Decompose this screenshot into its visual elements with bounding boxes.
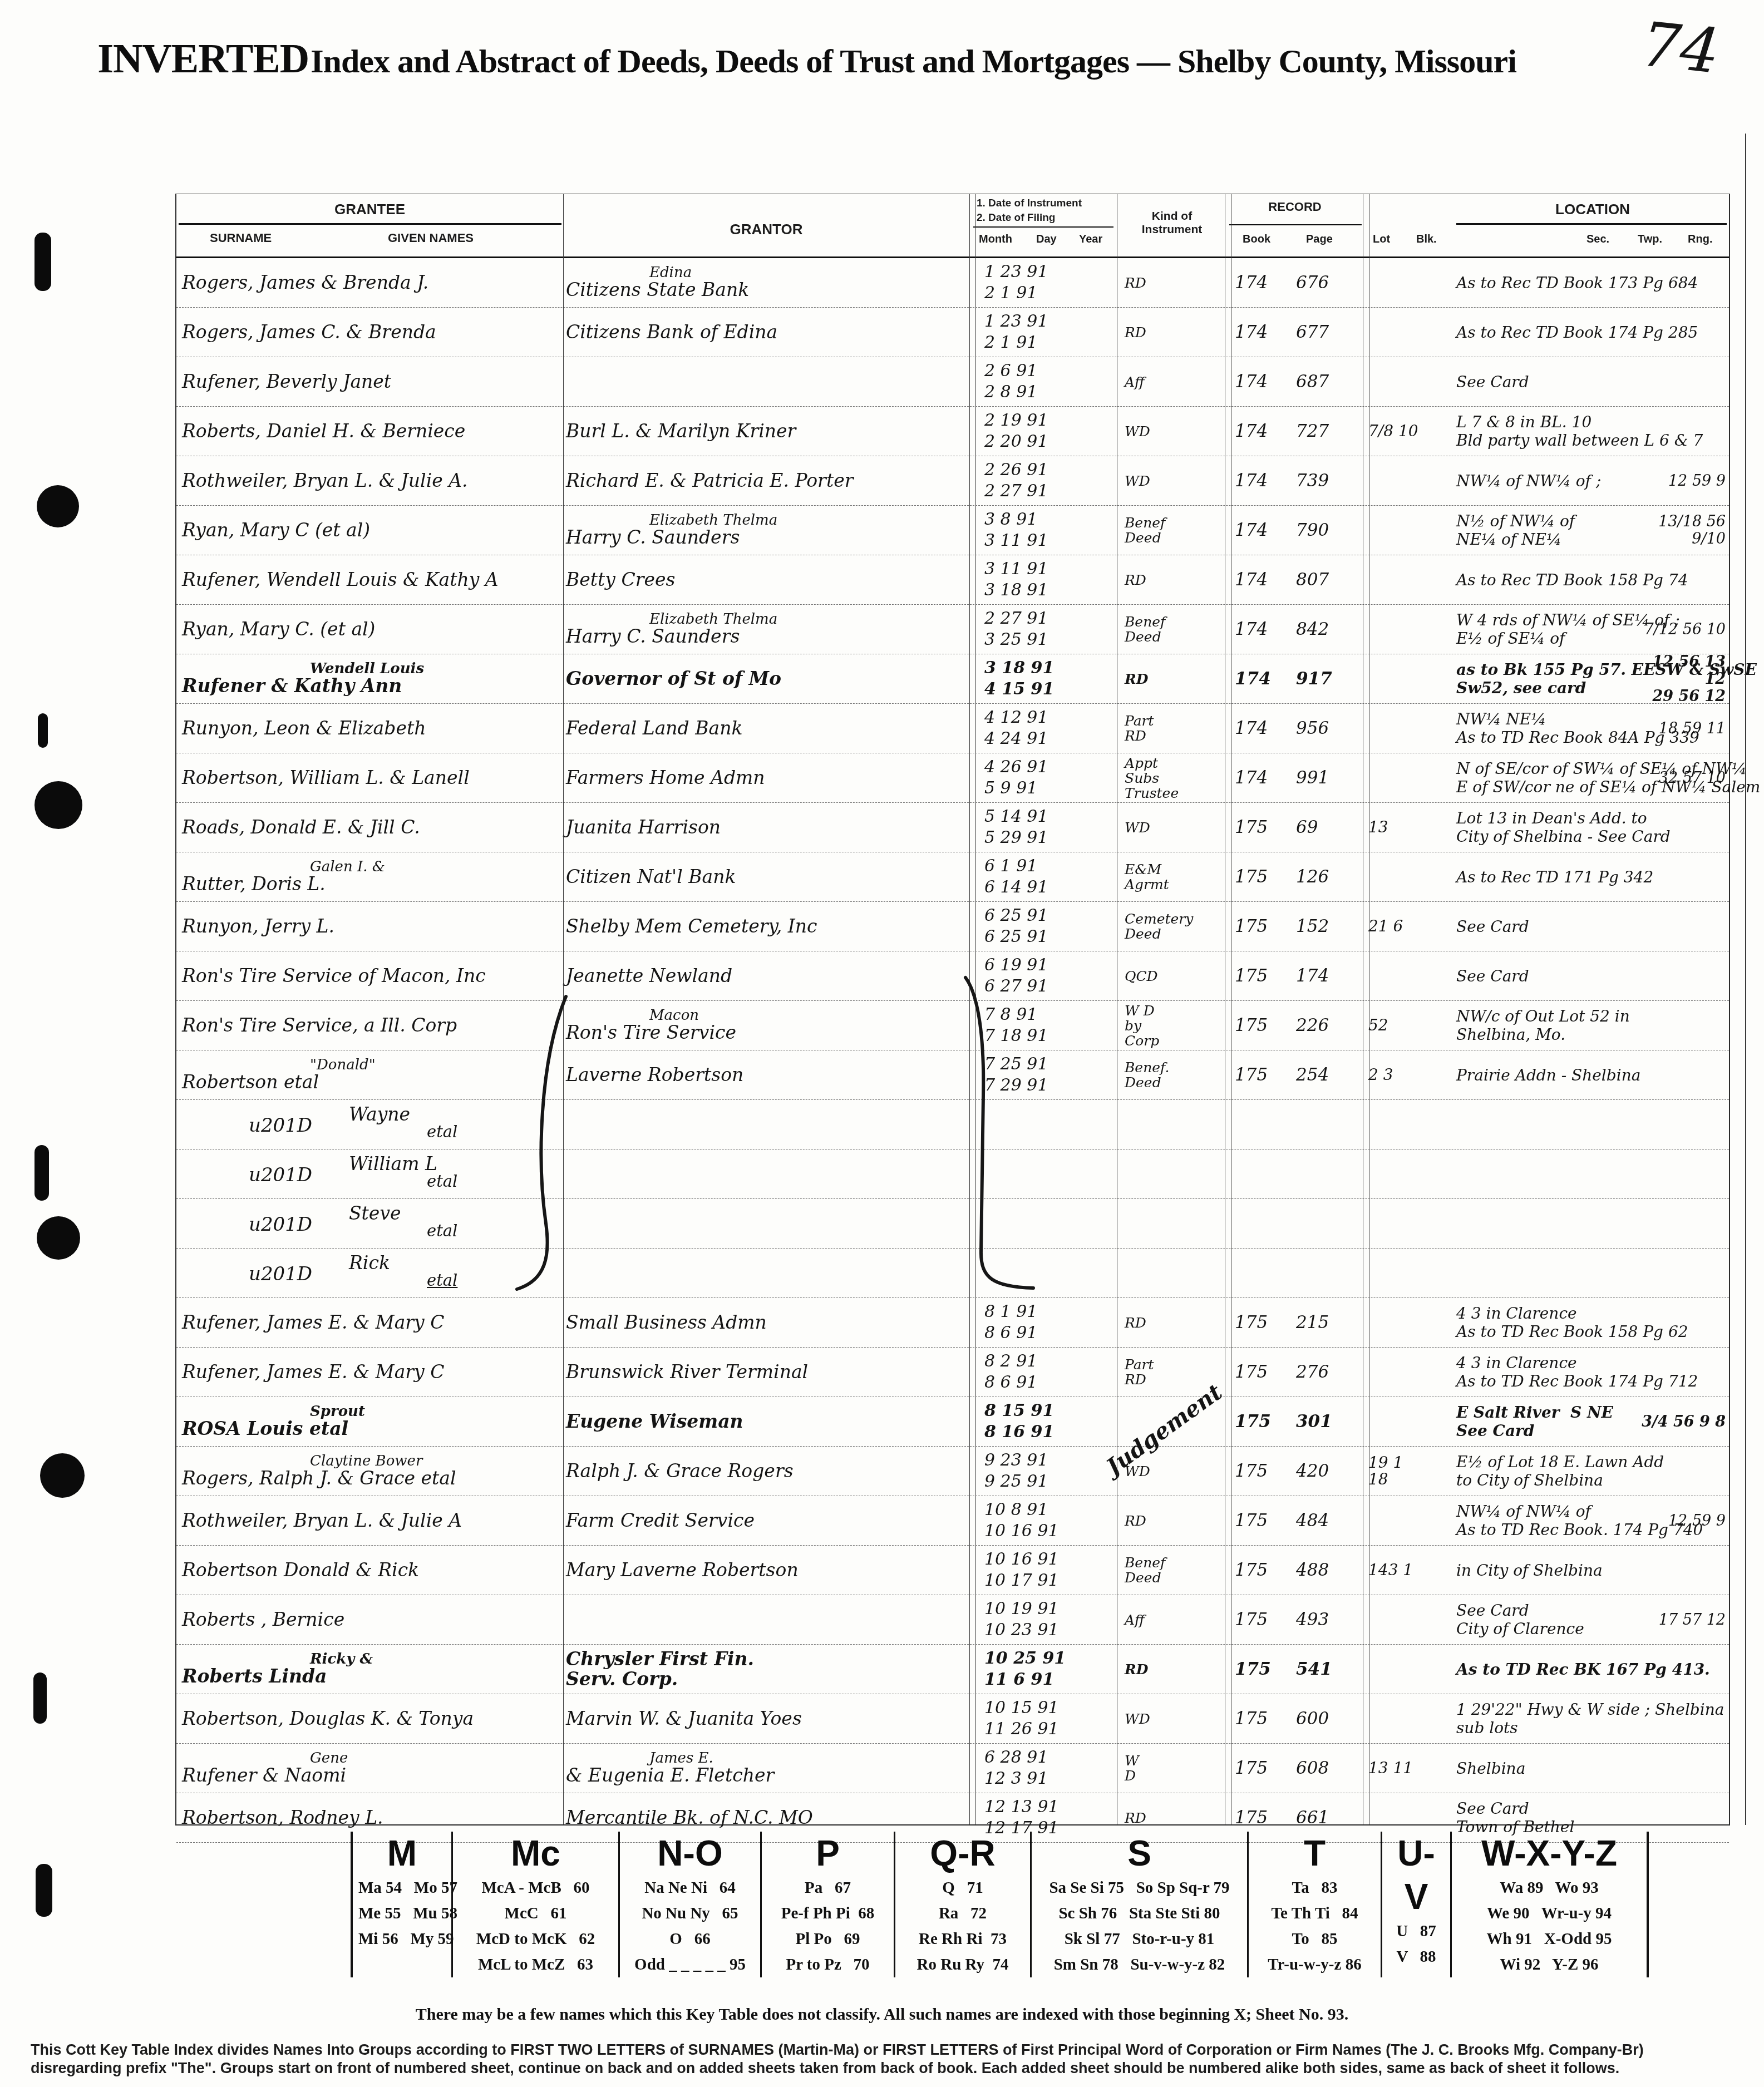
column-rule xyxy=(975,194,976,1824)
key-table-column-header: S xyxy=(1037,1832,1241,1875)
record-page: 727 xyxy=(1296,407,1363,456)
grantee-name: Robertson, Douglas K. & Tonya xyxy=(182,1709,563,1729)
lot-blk xyxy=(1368,1100,1460,1149)
dates-cell: 1 23 91 2 1 91 xyxy=(977,308,1121,357)
grantee-name: Rogers, James C. & Brenda xyxy=(182,322,563,342)
sec-twp-rng xyxy=(1630,852,1726,901)
key-table-entry: Wa 89 Wo 93 xyxy=(1457,1875,1641,1901)
sec-twp-rng xyxy=(1630,1348,1726,1397)
grantee-name: Rufener, James E. & Mary C xyxy=(182,1362,563,1382)
key-table-entry: U 87 xyxy=(1388,1918,1445,1944)
dates-cell: 6 28 91 12 3 91 xyxy=(977,1744,1121,1793)
grantee-name: Ryan, Mary C (et al) xyxy=(182,520,563,540)
sec-twp-rng: 12 59 9 xyxy=(1630,456,1726,505)
header-book: Book xyxy=(1243,233,1270,246)
record-page: 807 xyxy=(1296,555,1363,604)
sec-twp-rng xyxy=(1630,1149,1726,1198)
grantor-name: Burl L. & Marilyn Kriner xyxy=(566,421,969,441)
ledger-row: Ryan, Mary C (et al) Elizabeth Thelma Ha… xyxy=(176,506,1729,555)
record-page: 608 xyxy=(1296,1744,1363,1793)
grantee-name: etal xyxy=(427,1122,563,1142)
grantor-cell: Farm Credit Service xyxy=(566,1496,969,1545)
sec-twp-rng: 7/12 56 10 xyxy=(1630,605,1726,654)
sec-twp-rng xyxy=(1630,357,1726,406)
date-of-filing: 5 9 91 xyxy=(984,778,1121,799)
column-rule xyxy=(969,194,970,1824)
hole-punch-mark xyxy=(35,233,51,291)
grantee-name: Ron's Tire Service of Macon, Inc xyxy=(182,966,563,986)
key-table-column: N-ONa Ne Ni 64No Nu Ny 65O 66Odd _ _ _ _… xyxy=(620,1832,762,1977)
header-given-names: GIVEN NAMES xyxy=(388,231,474,245)
grantor-cell xyxy=(566,1249,969,1297)
lot-blk: 13 xyxy=(1368,803,1460,852)
grantor-name: Harry C. Saunders xyxy=(566,527,969,547)
date-of-instrument: 3 8 91 xyxy=(984,509,1121,530)
grantor-cell: Richard E. & Patricia E. Porter xyxy=(566,456,969,505)
dates-cell xyxy=(977,1249,1121,1297)
kind-of-instrument: Benef Deed xyxy=(1120,605,1228,654)
date-of-instrument: 1 23 91 xyxy=(984,262,1121,283)
kind-of-instrument: Benef. Deed xyxy=(1120,1050,1228,1099)
column-rule xyxy=(1225,194,1225,1824)
record-book xyxy=(1235,1149,1293,1198)
sec-twp-rng xyxy=(1630,1298,1726,1347)
header-grantee: GRANTEE xyxy=(176,201,563,218)
date-of-filing: 4 24 91 xyxy=(984,728,1121,749)
ledger-row: Gene Rufener & Naomi James E. & Eugenia … xyxy=(176,1744,1729,1793)
handwritten-page-number: 74 xyxy=(1638,8,1723,87)
grantor-name: Farmers Home Admn xyxy=(566,768,969,788)
grantee-name: Roads, Donald E. & Jill C. xyxy=(182,817,563,837)
record-book: 174 xyxy=(1235,308,1293,357)
grantor-cell: Marvin W. & Juanita Yoes xyxy=(566,1694,969,1743)
ledger-row: Sprout ROSA Louis etal Eugene Wiseman 8 … xyxy=(176,1397,1729,1447)
kind-of-instrument: Benef Deed xyxy=(1120,506,1228,555)
kind-of-instrument xyxy=(1120,1249,1228,1297)
grantee-given-top: Gene xyxy=(310,1751,563,1765)
dates-cell: 4 12 91 4 24 91 xyxy=(977,704,1121,753)
lot-blk xyxy=(1368,852,1460,901)
grantor-name: Harry C. Saunders xyxy=(566,626,969,647)
key-table-column: McMcA - McB 60McC 61McD to McK 62McL to … xyxy=(453,1832,620,1977)
kind-of-instrument: RD xyxy=(1120,1496,1228,1545)
record-book: 174 xyxy=(1235,407,1293,456)
record-book: 175 xyxy=(1235,902,1293,951)
record-book: 175 xyxy=(1235,1744,1293,1793)
date-of-filing: 2 1 91 xyxy=(984,283,1121,304)
record-page: 600 xyxy=(1296,1694,1363,1743)
grantor-name: Federal Land Bank xyxy=(566,718,969,738)
header-blk: Blk. xyxy=(1416,233,1437,246)
ledger-row: Runyon, Jerry L. Shelby Mem Cemetery, In… xyxy=(176,902,1729,951)
grantor-cell: Elizabeth Thelma Harry C. Saunders xyxy=(566,605,969,654)
grantor-name: Chrysler First Fin. Serv. Corp. xyxy=(566,1649,969,1689)
grantor-cell: Jeanette Newland xyxy=(566,951,969,1000)
key-table-entry: Na Ne Ni 64 xyxy=(625,1875,755,1901)
lot-blk xyxy=(1368,753,1460,802)
lot-blk: 21 6 xyxy=(1368,902,1460,951)
key-table-entry: Pe-f Ph Pi 68 xyxy=(767,1901,888,1926)
key-table-entry: Tr-u-w-y-z 86 xyxy=(1254,1952,1375,1977)
grantor-cell xyxy=(566,357,969,406)
date-of-instrument: 7 8 91 xyxy=(984,1004,1121,1025)
grantee-name: Robertson Donald & Rick xyxy=(182,1560,563,1580)
grantor-top: Edina xyxy=(649,265,969,280)
grantee-name: Rufener, Beverly Janet xyxy=(182,372,563,392)
record-page: 174 xyxy=(1296,951,1363,1000)
sec-twp-rng: 32 57 10 xyxy=(1630,753,1726,802)
sec-twp-rng: 12 59 9 xyxy=(1630,1496,1726,1545)
lot-blk xyxy=(1368,357,1460,406)
grantor-name: Ron's Tire Service xyxy=(566,1023,969,1043)
column-rule xyxy=(1117,194,1117,1824)
kind-of-instrument: Aff xyxy=(1120,1595,1228,1644)
date-of-instrument: 8 1 91 xyxy=(984,1301,1121,1323)
date-of-filing: 4 15 91 xyxy=(984,679,1121,700)
grantee-name: Robertson, William L. & Lanell xyxy=(182,768,563,788)
deed-index-table: GRANTEE SURNAME GIVEN NAMES GRANTOR 1. D… xyxy=(175,194,1730,1825)
grantee-cell: Ricky & Roberts Linda xyxy=(182,1645,563,1694)
grantee-cell: Ron's Tire Service of Macon, Inc xyxy=(182,951,563,1000)
grantor-cell: Federal Land Bank xyxy=(566,704,969,753)
lot-blk xyxy=(1368,308,1460,357)
header-lot: Lot xyxy=(1373,233,1390,246)
sec-twp-rng xyxy=(1630,1050,1726,1099)
grantee-name: Rothweiler, Bryan L. & Julie A. xyxy=(182,471,563,491)
key-table-entry: Q 71 xyxy=(901,1875,1024,1901)
key-table-column-header: W-X-Y-Z xyxy=(1457,1832,1641,1875)
ledger-row: Rogers, James C. & Brenda Citizens Bank … xyxy=(176,308,1729,357)
date-of-instrument: 4 26 91 xyxy=(984,757,1121,778)
sec-twp-rng xyxy=(1630,555,1726,604)
date-of-filing: 12 3 91 xyxy=(984,1768,1121,1789)
key-table-column-header: P xyxy=(767,1832,888,1875)
key-table-column: U-VU 87V 88 xyxy=(1382,1832,1452,1977)
grantor-cell: Small Business Admn xyxy=(566,1298,969,1347)
kind-of-instrument: RD xyxy=(1120,258,1228,307)
date-of-instrument: 7 25 91 xyxy=(984,1054,1121,1075)
grantee-cell: Rufener, James E. & Mary C xyxy=(182,1348,563,1397)
date-of-filing: 8 6 91 xyxy=(984,1323,1121,1344)
grantee-cell: Rufener, Wendell Louis & Kathy A xyxy=(182,555,563,604)
key-table-entry: Ma 54 Mo 57 xyxy=(358,1875,446,1901)
grantor-cell xyxy=(566,1149,969,1198)
date-of-instrument: 4 12 91 xyxy=(984,707,1121,728)
kind-of-instrument: RD xyxy=(1120,308,1228,357)
record-book: 175 xyxy=(1235,1694,1293,1743)
date-of-filing: 3 25 91 xyxy=(984,629,1121,650)
key-table-column-header: Mc xyxy=(459,1832,613,1875)
key-table-entry: V 88 xyxy=(1388,1944,1445,1970)
grantor-name: Mercantile Bk. of N.C. MO xyxy=(566,1808,969,1828)
header-year: Year xyxy=(1079,233,1102,246)
grantee-cell: Rogers, James & Brenda J. xyxy=(182,258,563,307)
grantor-cell: Eugene Wiseman xyxy=(566,1397,969,1446)
ledger-row: Rufener, Wendell Louis & Kathy A Betty C… xyxy=(176,555,1729,605)
key-table-entry: Ro Ru Ry 74 xyxy=(901,1952,1024,1977)
sec-twp-rng: 12 56 13 12 29 56 12 xyxy=(1630,654,1726,703)
record-page: 276 xyxy=(1296,1348,1363,1397)
grantee-cell: William L etal xyxy=(182,1149,563,1198)
grantee-given-top: Steve xyxy=(349,1206,563,1221)
grantee-name: ROSA Louis etal xyxy=(182,1419,563,1439)
sec-twp-rng xyxy=(1630,902,1726,951)
sec-twp-rng: 3/4 56 9 8 xyxy=(1630,1397,1726,1446)
grantor-cell: Ralph J. & Grace Rogers xyxy=(566,1447,969,1496)
grantee-name: Roberts, Daniel H. & Berniece xyxy=(182,421,563,441)
grantor-cell: Betty Crees xyxy=(566,555,969,604)
grantor-name: Brunswick River Terminal xyxy=(566,1362,969,1382)
header-day: Day xyxy=(1036,233,1057,246)
grantor-top: Macon xyxy=(649,1008,969,1023)
dates-cell: 10 8 91 10 16 91 xyxy=(977,1496,1121,1545)
dates-cell: 4 26 91 5 9 91 xyxy=(977,753,1121,802)
grantee-cell: Roberts , Bernice xyxy=(182,1595,563,1644)
grantee-name: Ryan, Mary C. (et al) xyxy=(182,619,563,639)
bottom-instructions: This Cott Key Table Index divides Names … xyxy=(31,2041,1745,2078)
key-table-entry: McA - McB 60 xyxy=(459,1875,613,1901)
key-table-column: MMa 54 Mo 57Me 55 Mu 58Mi 56 My 59 xyxy=(353,1832,453,1977)
dates-cell: 5 14 91 5 29 91 xyxy=(977,803,1121,852)
kind-of-instrument: RD xyxy=(1120,654,1228,703)
grantee-cell: Ryan, Mary C (et al) xyxy=(182,506,563,555)
kind-of-instrument xyxy=(1120,1100,1228,1149)
kind-of-instrument: W D by Corp xyxy=(1120,1001,1228,1050)
record-book xyxy=(1235,1199,1293,1248)
hole-punch-mark xyxy=(35,1145,49,1201)
grantor-name: & Eugenia E. Fletcher xyxy=(566,1765,969,1785)
dates-cell: 10 25 91 11 6 91 xyxy=(977,1645,1121,1694)
lot-blk: 19 1 18 xyxy=(1368,1447,1460,1496)
ledger-row: William L etal xyxy=(176,1149,1729,1199)
grantee-cell: Robertson Donald & Rick xyxy=(182,1546,563,1595)
grantee-cell: Roberts, Daniel H. & Berniece xyxy=(182,407,563,456)
grantee-given-top: "Donald" xyxy=(310,1058,563,1072)
date-of-instrument: 6 19 91 xyxy=(984,955,1121,976)
ledger-row: Rothweiler, Bryan L. & Julie A Farm Cred… xyxy=(176,1496,1729,1546)
date-of-filing: 8 6 91 xyxy=(984,1372,1121,1393)
key-table-column-header: Q-R xyxy=(901,1832,1024,1875)
lot-blk xyxy=(1368,1397,1460,1446)
dates-cell: 7 8 91 7 18 91 xyxy=(977,1001,1121,1050)
lot-blk xyxy=(1368,555,1460,604)
header-grantor: GRANTOR xyxy=(563,221,969,238)
record-book: 175 xyxy=(1235,1447,1293,1496)
date-of-filing: 2 20 91 xyxy=(984,431,1121,452)
table-header: GRANTEE SURNAME GIVEN NAMES GRANTOR 1. D… xyxy=(176,194,1729,258)
dates-cell: 10 19 91 10 23 91 xyxy=(977,1595,1121,1644)
date-of-instrument: 8 2 91 xyxy=(984,1351,1121,1372)
grantor-name: Ralph J. & Grace Rogers xyxy=(566,1461,969,1481)
key-table-entry: Pl Po 69 xyxy=(767,1926,888,1952)
record-page: 917 xyxy=(1296,654,1363,703)
kind-of-instrument: E&M Agrmt xyxy=(1120,852,1228,901)
grantee-cell: Ron's Tire Service, a Ill. Corp xyxy=(182,1001,563,1050)
ledger-row: Runyon, Leon & Elizabeth Federal Land Ba… xyxy=(176,704,1729,753)
header-month: Month xyxy=(979,233,1012,246)
grantor-cell: Shelby Mem Cemetery, Inc xyxy=(566,902,969,951)
grantee-given-top: Ricky & xyxy=(310,1652,563,1666)
key-table-column-header: N-O xyxy=(625,1832,755,1875)
sec-twp-rng xyxy=(1630,1249,1726,1297)
date-of-filing: 6 27 91 xyxy=(984,976,1121,997)
grantor-cell: Laverne Robertson xyxy=(566,1050,969,1099)
scanned-ledger-page: INVERTED Index and Abstract of Deeds, De… xyxy=(0,0,1764,2087)
dates-cell: 6 25 91 6 25 91 xyxy=(977,902,1121,951)
lot-blk xyxy=(1368,1199,1460,1248)
kind-of-instrument: Benef Deed xyxy=(1120,1546,1228,1595)
grantor-cell xyxy=(566,1199,969,1248)
key-table-entry: Re Rh Ri 73 xyxy=(901,1926,1024,1952)
record-book: 175 xyxy=(1235,1496,1293,1545)
record-book: 174 xyxy=(1235,605,1293,654)
ledger-row: Rufener, James E. & Mary C Brunswick Riv… xyxy=(176,1348,1729,1397)
grantor-top: Elizabeth Thelma xyxy=(649,513,969,527)
record-book xyxy=(1235,1100,1293,1149)
grantor-name: Mary Laverne Robertson xyxy=(566,1560,969,1580)
key-table-column: PPa 67Pe-f Ph Pi 68Pl Po 69Pr to Pz 70 xyxy=(762,1832,895,1977)
grantor-cell: Macon Ron's Tire Service xyxy=(566,1001,969,1050)
grantee-cell: Rothweiler, Bryan L. & Julie A xyxy=(182,1496,563,1545)
ledger-row: Roberts, Daniel H. & Berniece Burl L. & … xyxy=(176,407,1729,456)
record-book: 175 xyxy=(1235,803,1293,852)
key-table-column-header: U-V xyxy=(1388,1832,1445,1918)
header-twp: Twp. xyxy=(1638,233,1662,246)
grantee-name: Rufener, Wendell Louis & Kathy A xyxy=(182,570,563,590)
grantee-name: Rufener & Kathy Ann xyxy=(182,676,563,696)
lot-blk xyxy=(1368,704,1460,753)
grantee-cell: "Donald" Robertson etal xyxy=(182,1050,563,1099)
title-bold-word: INVERTED xyxy=(97,36,309,82)
dates-cell: 8 15 91 8 16 91 xyxy=(977,1397,1121,1446)
record-page: 69 xyxy=(1296,803,1363,852)
grantee-cell: Robertson, William L. & Lanell xyxy=(182,753,563,802)
grantor-name: Citizen Nat'l Bank xyxy=(566,867,969,887)
grantor-name: Jeanette Newland xyxy=(566,966,969,986)
grantee-cell: Rufener, James E. & Mary C xyxy=(182,1298,563,1347)
key-table-entry: To 85 xyxy=(1254,1926,1375,1952)
dates-cell: 8 1 91 8 6 91 xyxy=(977,1298,1121,1347)
ledger-row: Claytine Bower Rogers, Ralph J. & Grace … xyxy=(176,1447,1729,1496)
grantor-top: Elizabeth Thelma xyxy=(649,612,969,626)
key-table-entry: Ra 72 xyxy=(901,1901,1024,1926)
ledger-row: Ryan, Mary C. (et al) Elizabeth Thelma H… xyxy=(176,605,1729,654)
record-page: 676 xyxy=(1296,258,1363,307)
record-book: 175 xyxy=(1235,1645,1293,1694)
page-title: INVERTED Index and Abstract of Deeds, De… xyxy=(0,36,1614,83)
grantee-given-top: Wendell Louis xyxy=(310,662,563,676)
lot-blk xyxy=(1368,1348,1460,1397)
grantee-name: Runyon, Jerry L. xyxy=(182,916,563,936)
grantee-name: Robertson etal xyxy=(182,1072,563,1092)
grantor-cell xyxy=(566,1595,969,1644)
key-table-entry: Wh 91 X-Odd 95 xyxy=(1457,1926,1641,1952)
kind-of-instrument: QCD xyxy=(1120,951,1228,1000)
grantee-cell: Wendell Louis Rufener & Kathy Ann xyxy=(182,654,563,703)
grantor-cell: Elizabeth Thelma Harry C. Saunders xyxy=(566,506,969,555)
grantee-cell: Claytine Bower Rogers, Ralph J. & Grace … xyxy=(182,1447,563,1496)
grantee-cell: Gene Rufener & Naomi xyxy=(182,1744,563,1793)
key-table-entry: O 66 xyxy=(625,1926,755,1952)
header-kind: Kind of Instrument xyxy=(1120,210,1224,236)
date-of-filing: 2 27 91 xyxy=(984,481,1121,502)
grantee-cell: Galen I. & Rutter, Doris L. xyxy=(182,852,563,901)
date-of-filing: 10 17 91 xyxy=(984,1570,1121,1591)
lot-blk xyxy=(1368,1298,1460,1347)
dates-cell: 2 19 91 2 20 91 xyxy=(977,407,1121,456)
date-of-instrument: 8 15 91 xyxy=(984,1400,1121,1422)
record-page: 420 xyxy=(1296,1447,1363,1496)
record-page xyxy=(1296,1149,1363,1198)
date-of-filing: 2 8 91 xyxy=(984,382,1121,403)
lot-blk xyxy=(1368,1595,1460,1644)
date-of-instrument: 6 28 91 xyxy=(984,1747,1121,1768)
key-table-entry: We 90 Wr-u-y 94 xyxy=(1457,1901,1641,1926)
dates-cell: 1 23 91 2 1 91 xyxy=(977,258,1121,307)
record-page: 956 xyxy=(1296,704,1363,753)
grantee-given-top: Wayne xyxy=(349,1107,563,1122)
hole-punch-mark xyxy=(33,1672,47,1724)
ledger-row: Robertson Donald & Rick Mary Laverne Rob… xyxy=(176,1546,1729,1595)
key-table-entry: Mi 56 My 59 xyxy=(358,1926,446,1952)
date-of-filing: 11 6 91 xyxy=(984,1669,1121,1690)
sec-twp-rng: 17 57 12 xyxy=(1630,1595,1726,1644)
key-table-entry: McD to McK 62 xyxy=(459,1926,613,1952)
dates-cell xyxy=(977,1149,1121,1198)
ledger-row: Roberts , Bernice 10 19 91 10 23 91 Aff … xyxy=(176,1595,1729,1645)
sec-twp-rng xyxy=(1630,258,1726,307)
hole-punch-mark xyxy=(36,1864,52,1917)
sec-twp-rng xyxy=(1630,1199,1726,1248)
date-of-filing: 7 29 91 xyxy=(984,1075,1121,1096)
grantor-cell: Chrysler First Fin. Serv. Corp. xyxy=(566,1645,969,1694)
header-page: Page xyxy=(1306,233,1333,246)
sec-twp-rng xyxy=(1630,1645,1726,1694)
dates-cell xyxy=(977,1100,1121,1149)
header-location: LOCATION xyxy=(1456,201,1729,218)
grantee-name: Robertson, Rodney L. xyxy=(182,1808,563,1828)
column-rule xyxy=(1363,194,1363,1824)
kind-of-instrument: Appt Subs Trustee xyxy=(1120,753,1228,802)
grantee-given-top: Galen I. & xyxy=(310,860,563,874)
lot-blk xyxy=(1368,456,1460,505)
date-of-instrument: 10 8 91 xyxy=(984,1499,1121,1521)
grantee-cell: Rogers, James C. & Brenda xyxy=(182,308,563,357)
record-page: 541 xyxy=(1296,1645,1363,1694)
ledger-row: Ron's Tire Service, a Ill. Corp Macon Ro… xyxy=(176,1001,1729,1050)
date-of-instrument: 2 6 91 xyxy=(984,361,1121,382)
lot-blk xyxy=(1368,1496,1460,1545)
grantee-cell: Runyon, Jerry L. xyxy=(182,902,563,951)
grantee-name: Runyon, Leon & Elizabeth xyxy=(182,718,563,738)
sec-twp-rng xyxy=(1630,1694,1726,1743)
key-table-entry: Pr to Pz 70 xyxy=(767,1952,888,1977)
grantor-name: Marvin W. & Juanita Yoes xyxy=(566,1709,969,1729)
date-of-filing: 11 26 91 xyxy=(984,1719,1121,1740)
record-page: 488 xyxy=(1296,1546,1363,1595)
record-book: 175 xyxy=(1235,1397,1293,1446)
key-table-entry: Sc Sh 76 Sta Ste Sti 80 xyxy=(1037,1901,1241,1926)
ledger-row: Galen I. & Rutter, Doris L. Citizen Nat'… xyxy=(176,852,1729,902)
column-rule xyxy=(563,194,564,1824)
record-book: 175 xyxy=(1235,1001,1293,1050)
grantor-cell: James E. & Eugenia E. Fletcher xyxy=(566,1744,969,1793)
dates-cell: 6 19 91 6 27 91 xyxy=(977,951,1121,1000)
header-date-filing: 2. Date of Filing xyxy=(977,212,1055,224)
dates-cell: 3 11 91 3 18 91 xyxy=(977,555,1121,604)
record-page xyxy=(1296,1199,1363,1248)
record-book: 175 xyxy=(1235,1298,1293,1347)
